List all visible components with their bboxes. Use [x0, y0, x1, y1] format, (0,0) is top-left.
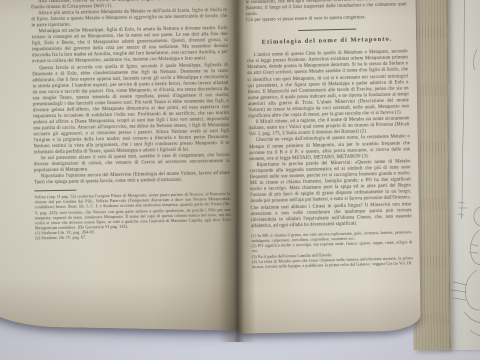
- paragraph: Ciò per quanto vi possa essere di vero i…: [246, 15, 407, 25]
- footnote: (3) Fu il padre dell'eroina Camilla dell…: [252, 250, 413, 259]
- left-page-footnotes: Solino (cap. II pag. 52) conferma l'orig…: [34, 191, 231, 241]
- right-page-footnotes: (1) In ME si chiama il grano, ma vale an…: [251, 229, 413, 269]
- paragraph: Il Micali ritiene, ed a ragione, che il …: [248, 116, 409, 138]
- paragraph: Riportiamo le precise parole del Minervi…: [249, 159, 412, 230]
- footnote: (2) PO significa molto e raccolgo, ma es…: [251, 239, 412, 253]
- paragraph: Altra e più antica fa attribuire Metapon…: [31, 8, 227, 30]
- section-separator: [298, 29, 356, 31]
- book-photo: Alla tradizione, riferita da Eforo, la a…: [0, 0, 480, 360]
- footnote: (4) La testa di Metabo pare che fosse ch…: [252, 255, 413, 269]
- right-page-intro: le inondazioni, che nell'agro Metapontin…: [245, 0, 407, 25]
- paragraph: L'antico nome di questa Città fu quello …: [247, 49, 410, 120]
- footnote: (1) In ME si chiama il grano, ma vale an…: [251, 229, 412, 243]
- paragraph: Checchè ne venga dall'etimologia di ques…: [249, 135, 411, 163]
- paragraph: Melanippa od anche Menalippe, figlia di …: [32, 26, 229, 66]
- footnote-separator: [34, 190, 76, 191]
- left-page-paragraphs: Alla tradizione, riferita da Eforo, la a…: [31, 0, 230, 187]
- paragraph: Questa favola si accorda con quella di I…: [32, 63, 230, 157]
- paragraph: Riportiamo l'opinione ancora del Minervi…: [34, 171, 230, 187]
- left-page-text: Alla tradizione, riferita da Eforo, la a…: [31, 0, 231, 241]
- left-page: Alla tradizione, riferita da Eforo, la a…: [0, 0, 251, 331]
- right-page-text: le inondazioni, che nell'agro Metapontin…: [245, 0, 413, 269]
- footnote: (2) Stradone, lib. IV, pag. 67.: [35, 232, 231, 241]
- right-page-paragraphs: L'antico nome di questa Città fu quello …: [247, 49, 412, 230]
- footnote: (1) Strabone Lib. VI, pag. 264-65.: [35, 227, 231, 236]
- chapter-heading: Etimologia del nome di Metaponto.: [246, 36, 407, 46]
- paragraph: Se noi potessimo alzare il velo di quest…: [34, 153, 230, 175]
- paragraph: le inondazioni, che nell'agro Metapontin…: [245, 0, 406, 19]
- paragraph: Alla tradizione, riferita da Eforo, la a…: [31, 0, 227, 12]
- right-page: le inondazioni, che nell'agro Metapontin…: [233, 0, 420, 333]
- footnote: Solino (cap. II pag. 52) conferma l'orig…: [34, 191, 231, 231]
